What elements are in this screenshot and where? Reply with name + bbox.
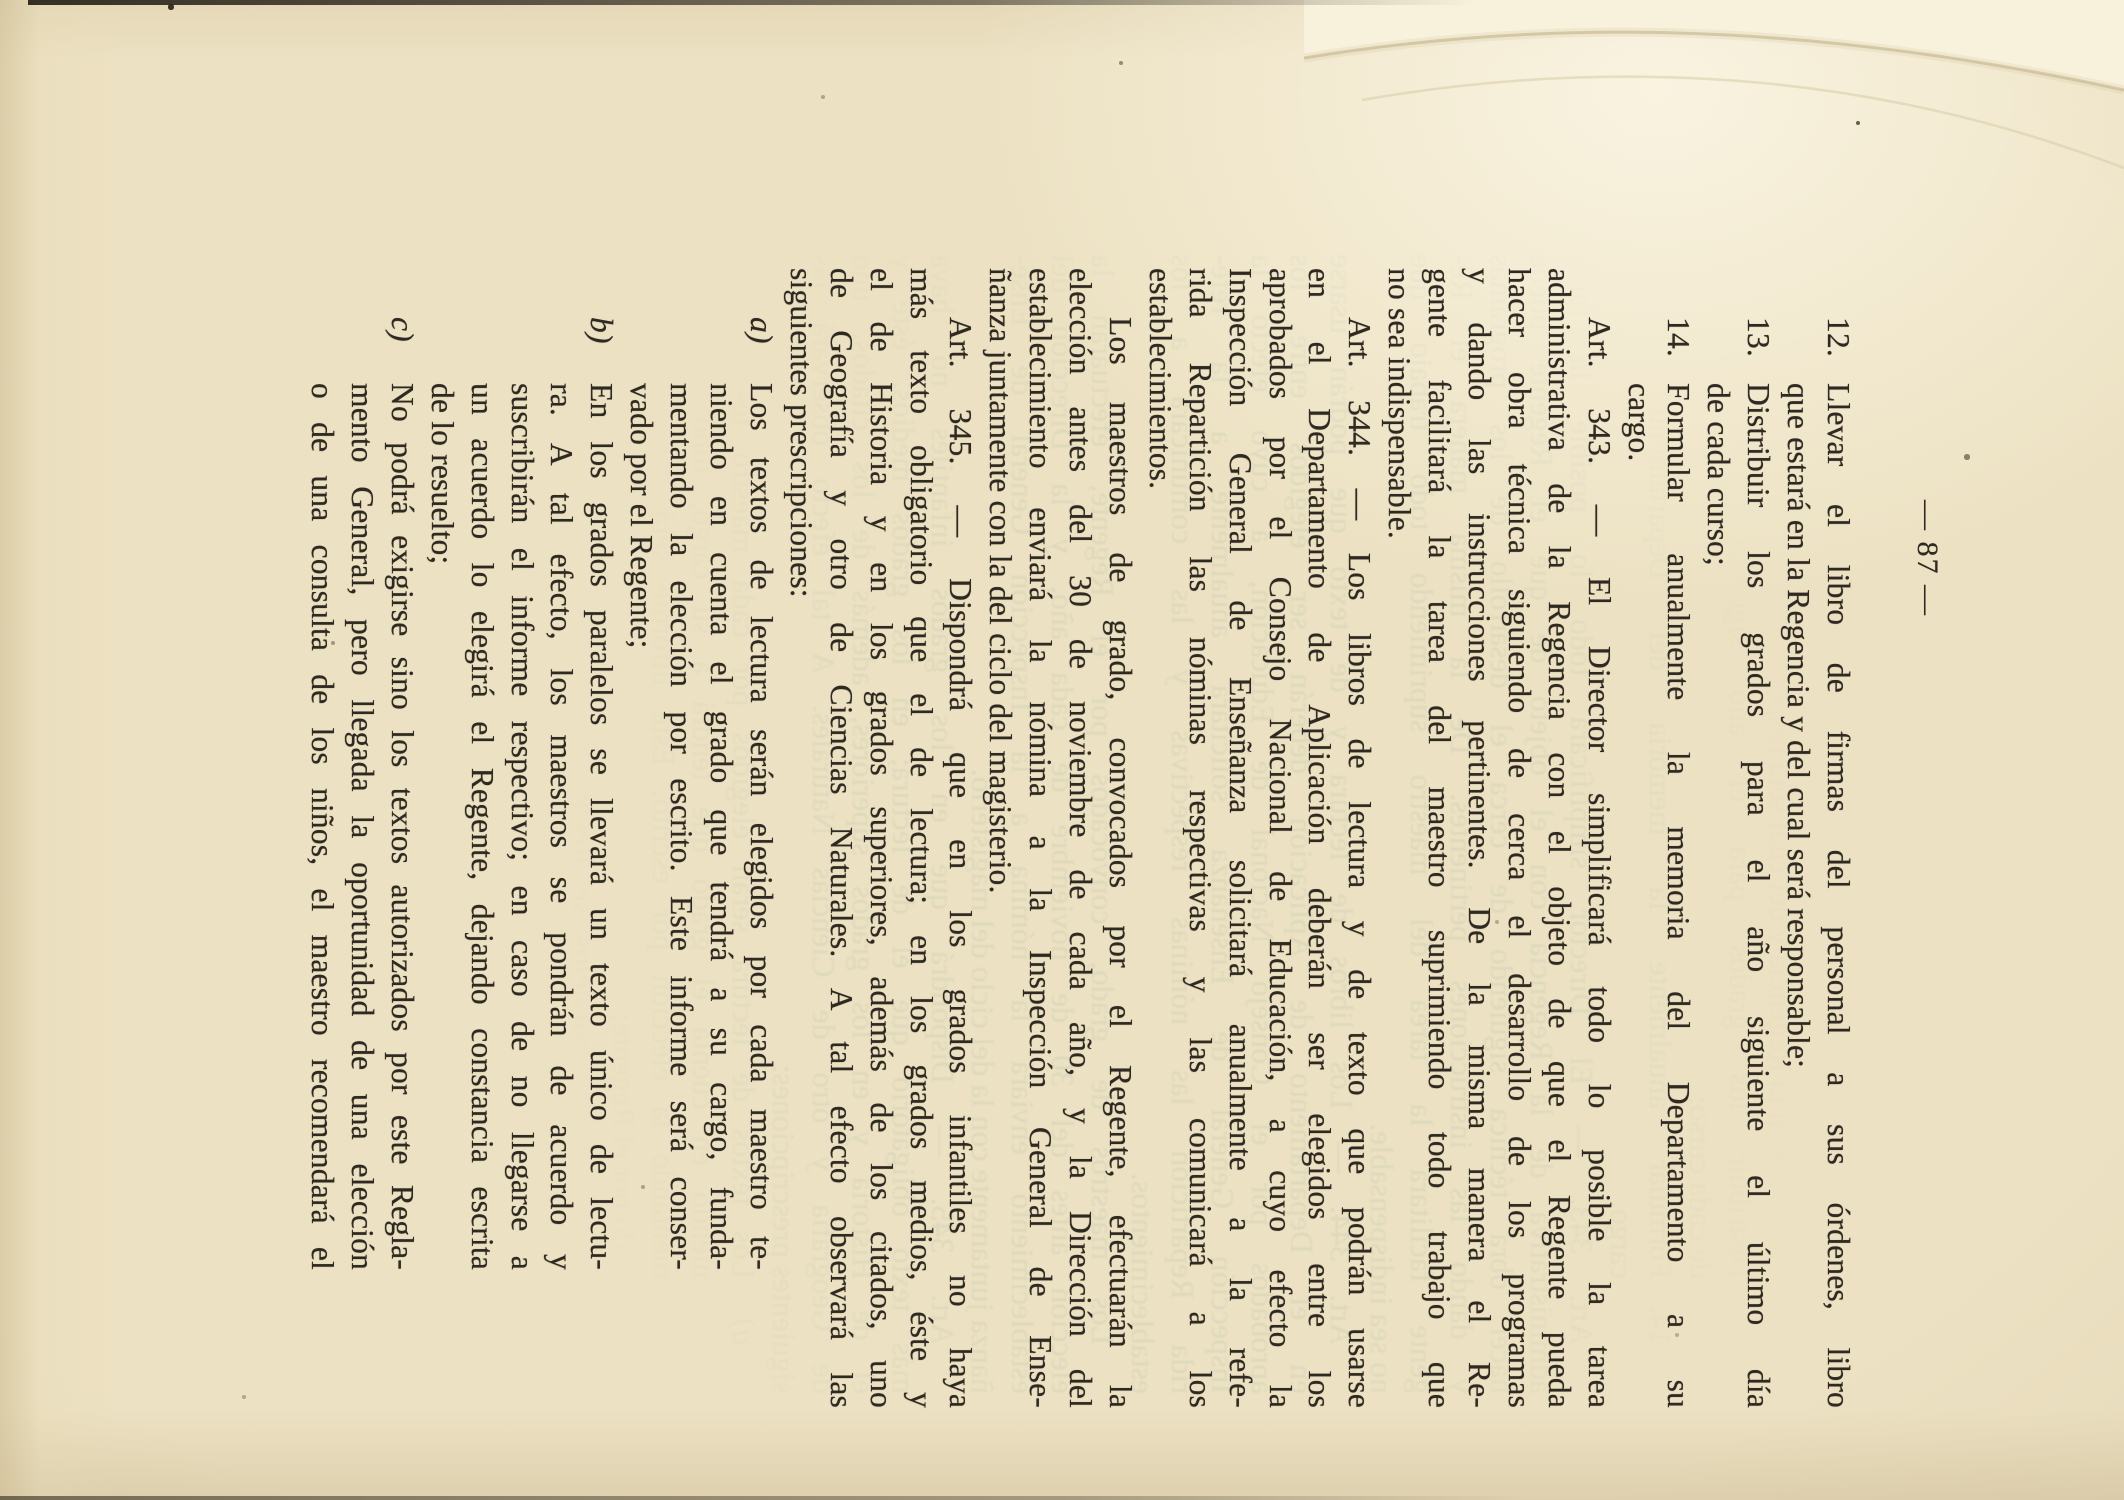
text-line: en el Departamento de Aplicación deberán… [1300, 268, 1340, 1408]
text-line: Art. 344. — Los libros de lectura y de t… [1339, 317, 1379, 1408]
text-line: a)Los textos de lectura serán elegidos p… [741, 317, 781, 1270]
text-line: más texto obligatorio que el de lectura;… [901, 268, 941, 1408]
text-line: niendo en cuenta el grado que tendrá a s… [701, 383, 741, 1270]
text-line: siguientes prescripciones: [781, 268, 821, 1408]
text-line: Art. 343. — El Director simplificará tod… [1579, 317, 1619, 1408]
text-line: Inspección General de Enseñanza solicita… [1220, 268, 1260, 1408]
text-line: 14.Formular anualmente la memoria del De… [1659, 317, 1699, 1408]
list-marker: c) [382, 317, 422, 383]
text-line: establecimiento enviará la nómina a la I… [1020, 268, 1060, 1408]
text-line: administrativa de la Regencia con el obj… [1539, 268, 1579, 1408]
text-line: aprobados por el Consejo Nacional de Edu… [1260, 268, 1300, 1408]
page-number: — 87 — [1910, 500, 1944, 617]
text-line: o de una consulta de los niños, el maest… [302, 383, 342, 1270]
list-marker: b) [581, 317, 621, 383]
text-block: 12.Llevar el libro de firmas del persona… [302, 268, 1858, 1408]
text-line: elección antes del 30 de noviembre de ca… [1060, 268, 1100, 1408]
text-line: de Geografía y otro de Ciencias Naturale… [821, 268, 861, 1408]
text-line: 13.Distribuir los grados para el año sig… [1738, 317, 1778, 1408]
text-line: y dando las instrucciones pertinentes. D… [1459, 268, 1499, 1408]
text-line: hacer obra técnica siguiendo de cerca el… [1499, 268, 1539, 1408]
text-line: que estará en la Regencia y del cual ser… [1778, 383, 1818, 1408]
text-line: ñanza juntamente con la del ciclo del ma… [980, 268, 1020, 1408]
text-line: establecimientos. [1140, 268, 1180, 1408]
text-line: b)En los grados paralelos se llevará un … [582, 317, 622, 1270]
text-line: cargo. [1619, 383, 1659, 1408]
text-line: Los maestros de grado, convocados por el… [1100, 317, 1140, 1408]
book-scan: 12.Llevar el libro de firmas del persona… [0, 0, 2124, 1500]
text-line: 12.Llevar el libro de firmas del persona… [1818, 317, 1858, 1408]
text-line: ra. A tal efecto, los maestros se pondrá… [542, 383, 582, 1270]
text-line: gente facilitará la tarea del maestro su… [1419, 268, 1459, 1408]
list-marker: 12. [1818, 317, 1858, 383]
text-line: el de Historia y en los grados superiore… [861, 268, 901, 1408]
list-marker: 13. [1738, 317, 1778, 383]
text-line: mento General, pero llegada la oportunid… [342, 383, 382, 1270]
text-line: de cada curso; [1698, 383, 1738, 1408]
text-line: rida Repartición las nóminas respectivas… [1180, 268, 1220, 1408]
text-line: de lo resuelto; [422, 383, 462, 1270]
list-marker: 14. [1659, 317, 1699, 383]
rotated-page: 12.Llevar el libro de firmas del persona… [0, 0, 2124, 1500]
text-line: c)No podrá exigirse sino los textos auto… [382, 317, 422, 1270]
text-line: un acuerdo lo elegirá el Regente, dejand… [462, 383, 502, 1270]
text-line: no sea indispensable. [1379, 268, 1419, 1408]
list-marker: a) [741, 317, 781, 383]
text-line: mentando la elección por escrito. Este i… [661, 383, 701, 1270]
text-line: suscribirán el informe respectivo; en ca… [502, 383, 542, 1270]
text-line: vado por el Regente; [621, 383, 661, 1270]
text-line: Art. 345. — Dispondrá que en los grados … [941, 317, 981, 1408]
